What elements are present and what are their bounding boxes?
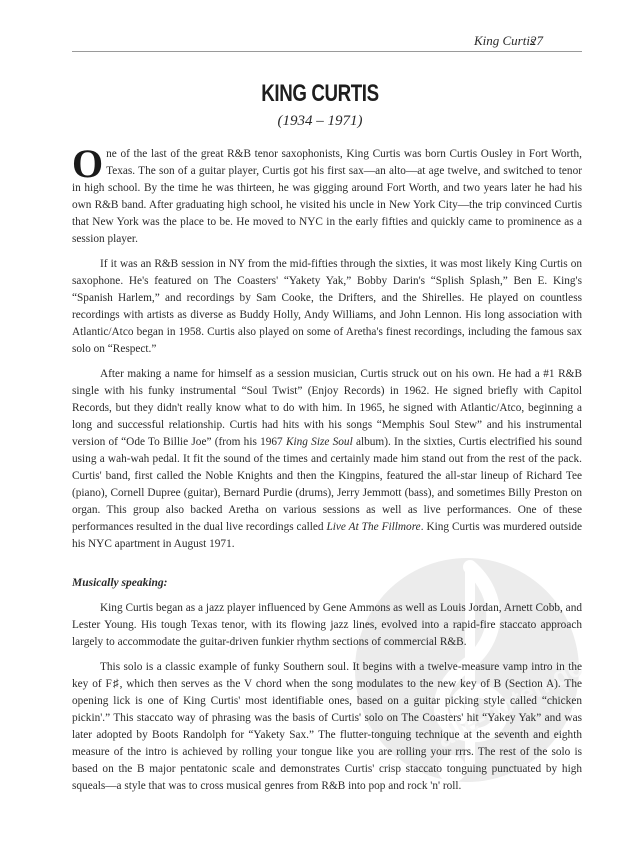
album-title: King Size Soul (286, 436, 353, 448)
intro-paragraph: One of the last of the great R&B tenor s… (72, 146, 582, 248)
album-title: Live At The Fillmore (326, 521, 420, 533)
article-title: KING CURTIS (70, 80, 569, 108)
page-number: 27 (530, 33, 543, 49)
article-body: One of the last of the great R&B tenor s… (72, 146, 582, 803)
section-subheading: Musically speaking: (72, 575, 582, 592)
drop-cap: O (72, 148, 103, 180)
paragraph-text: album). In the sixties, Curtis electrifi… (72, 436, 582, 533)
paragraph-solo-analysis: This solo is a classic example of funky … (72, 659, 582, 795)
header-divider (72, 51, 582, 52)
intro-text: ne of the last of the great R&B tenor sa… (72, 148, 582, 245)
paragraph-solo-career: After making a name for himself as a ses… (72, 366, 582, 553)
running-header-title: King Curtis (474, 33, 535, 49)
article-dates: (1934 – 1971) (0, 113, 640, 130)
paragraph-session-career: If it was an R&B session in NY from the … (72, 256, 582, 358)
paragraph-influences: King Curtis began as a jazz player influ… (72, 600, 582, 651)
